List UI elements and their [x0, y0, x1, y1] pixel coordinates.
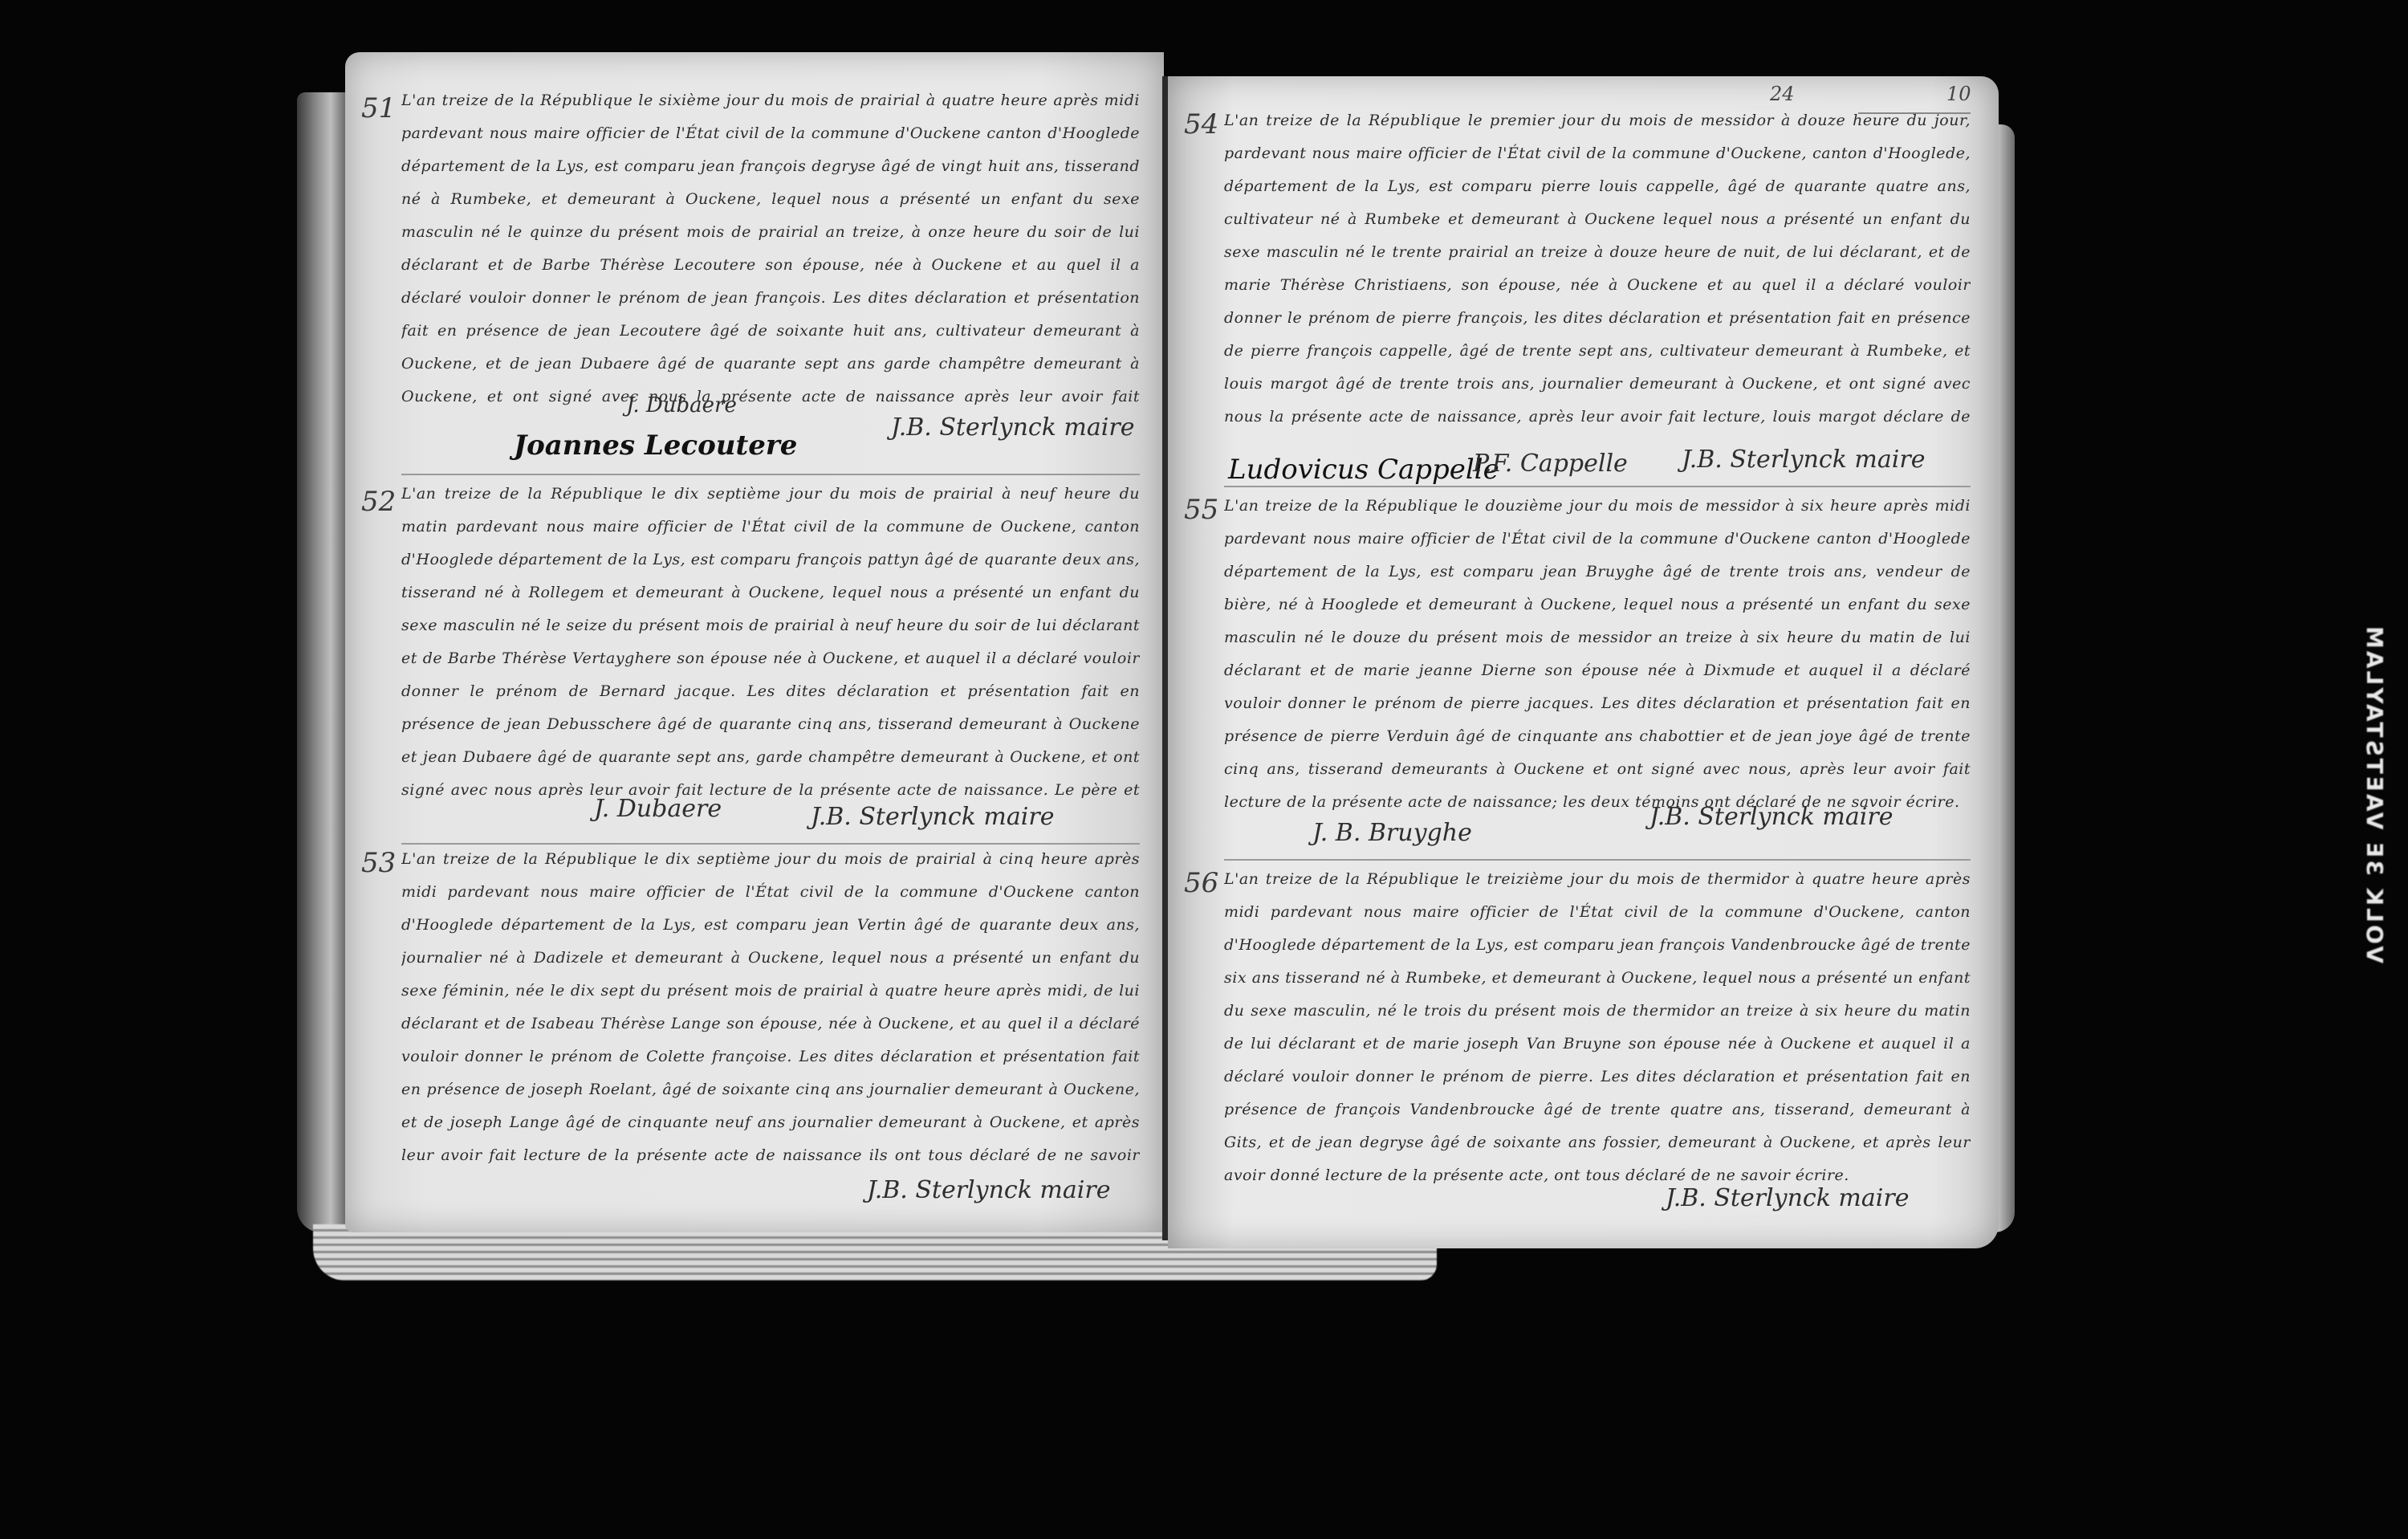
- entry-text: L'an treize de la République le treizièm…: [1224, 863, 1971, 1192]
- folio-number: 24: [1770, 83, 1795, 105]
- entry-text: L'an treize de la République le dix sept…: [401, 478, 1140, 807]
- entry-number-56: 56: [1184, 867, 1218, 899]
- right-page: 24 10 54 L'an treize de la République le…: [1168, 76, 1999, 1248]
- entry-56-text: L'an treize de la République le treizièm…: [1224, 863, 1971, 1196]
- signature-dubaere: J. Dubaere: [626, 393, 737, 417]
- entry-text: L'an treize de la République le douzième…: [1224, 490, 1971, 819]
- entry-number-53: 53: [361, 847, 396, 879]
- entry-54-text: L'an treize de la République le premier …: [1224, 104, 1971, 438]
- signature-mayor: J.B. Sterlynck maire: [1682, 446, 1925, 474]
- entry-text: L'an treize de la République le sixième …: [401, 84, 1140, 413]
- signature-dubaere: J. Dubaere: [594, 795, 722, 823]
- corner-mark: 10: [1946, 83, 1971, 105]
- signature-mayor: J.B. Sterlynck maire: [1649, 803, 1893, 831]
- entry-number-54: 54: [1184, 108, 1218, 140]
- entry-text: L'an treize de la République le premier …: [1224, 104, 1971, 438]
- entry-number-51: 51: [361, 92, 396, 124]
- signature-mayor: J.B. Sterlynck maire: [811, 803, 1054, 831]
- microfilm-id-label: VOLK 3E VAETSTAYLAM: [2356, 514, 2388, 963]
- entry-divider: [1224, 486, 1971, 487]
- signature-ludovicus-cappelle: Ludovicus Cappelle: [1228, 454, 1499, 486]
- signature-joannes-lecoutere: Joannes Lecoutere: [514, 430, 797, 462]
- entry-text: L'an treize de la République le dix sept…: [401, 843, 1140, 1172]
- entry-51-text: L'an treize de la République le sixième …: [401, 84, 1140, 413]
- entry-52-text: L'an treize de la République le dix sept…: [401, 478, 1140, 807]
- open-register-book: 51 L'an treize de la République le sixiè…: [297, 44, 2015, 1272]
- entry-divider: [401, 474, 1140, 475]
- entry-divider: [1224, 859, 1971, 861]
- page-stack-left-edge: [297, 92, 345, 1232]
- entry-55-text: L'an treize de la République le douzième…: [1224, 490, 1971, 819]
- left-page: 51 L'an treize de la République le sixiè…: [345, 52, 1164, 1232]
- entry-number-55: 55: [1184, 494, 1218, 526]
- signature-bruyghe: J. B. Bruyghe: [1312, 819, 1472, 847]
- signature-pf-cappelle: P.F. Cappelle: [1473, 450, 1628, 478]
- entry-53-text: L'an treize de la République le dix sept…: [401, 843, 1140, 1172]
- entry-number-52: 52: [361, 486, 396, 518]
- signature-mayor: J.B. Sterlynck maire: [891, 413, 1134, 442]
- signature-mayor: J.B. Sterlynck maire: [1666, 1184, 1909, 1212]
- signature-mayor: J.B. Sterlynck maire: [867, 1176, 1110, 1204]
